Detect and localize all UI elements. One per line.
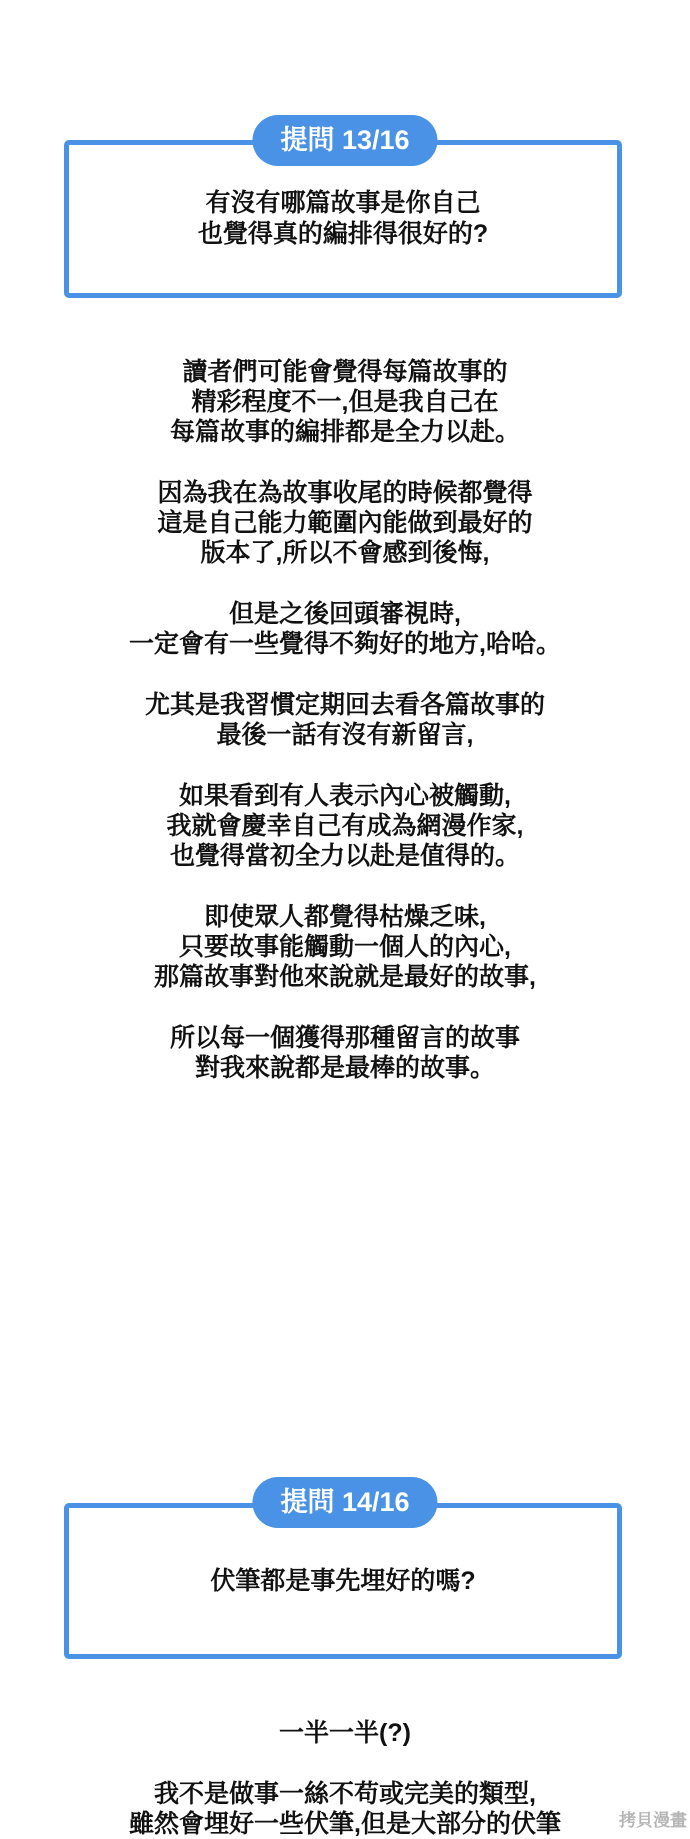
answer-line: 這是自己能力範圍內能做到最好的 <box>0 508 690 538</box>
answer-line: 也覺得當初全力以赴是值得的。 <box>0 841 690 871</box>
answer-line: 讀者們可能會覺得每篇故事的 <box>0 357 690 387</box>
answer-13-paragraph-5: 如果看到有人表示內心被觸動, 我就會慶幸自己有成為網漫作家, 也覺得當初全力以赴… <box>0 781 690 871</box>
answer-line: 最後一話有沒有新留言, <box>0 720 690 750</box>
answer-13-paragraph-6: 即使眾人都覺得枯燥乏味, 只要故事能觸動一個人的內心, 那篇故事對他來說就是最好… <box>0 902 690 992</box>
answer-line: 精彩程度不一,但是我自己在 <box>0 387 690 417</box>
site-watermark: 拷貝漫畫 <box>619 1812 687 1829</box>
answer-line: 只要故事能觸動一個人的內心, <box>0 932 690 962</box>
answer-13-paragraph-4: 尤其是我習慣定期回去看各篇故事的 最後一話有沒有新留言, <box>0 690 690 750</box>
answer-line: 我不是做事一絲不苟或完美的類型, <box>0 1779 690 1809</box>
answer-line: 一定會有一些覺得不夠好的地方,哈哈。 <box>0 629 690 659</box>
answer-line: 雖然會埋好一些伏筆,但是大部分的伏筆 <box>0 1809 690 1839</box>
answer-line: 因為我在為故事收尾的時候都覺得 <box>0 478 690 508</box>
question-14-badge: 提問 14/16 <box>252 1477 437 1528</box>
answer-line: 版本了,所以不會感到後悔, <box>0 538 690 568</box>
answer-13-paragraph-2: 因為我在為故事收尾的時候都覺得 這是自己能力範圍內能做到最好的 版本了,所以不會… <box>0 478 690 568</box>
answer-13-paragraph-1: 讀者們可能會覺得每篇故事的 精彩程度不一,但是我自己在 每篇故事的編排都是全力以… <box>0 357 690 447</box>
answer-line: 那篇故事對他來說就是最好的故事, <box>0 962 690 992</box>
answer-14-text: 一半一半(?) 我不是做事一絲不苟或完美的類型, 雖然會埋好一些伏筆,但是大部分… <box>0 1718 690 1839</box>
answer-line: 尤其是我習慣定期回去看各篇故事的 <box>0 690 690 720</box>
answer-line: 我就會慶幸自己有成為網漫作家, <box>0 811 690 841</box>
question-13-line-2: 也覺得真的編排得很好的? <box>198 219 488 250</box>
answer-line: 每篇故事的編排都是全力以赴。 <box>0 417 690 447</box>
question-13-badge: 提問 13/16 <box>252 115 437 166</box>
answer-line: 但是之後回頭審視時, <box>0 599 690 629</box>
answer-line: 對我來說都是最棒的故事。 <box>0 1053 690 1083</box>
answer-14-paragraph-2: 我不是做事一絲不苟或完美的類型, 雖然會埋好一些伏筆,但是大部分的伏筆 <box>0 1779 690 1839</box>
answer-line: 所以每一個獲得那種留言的故事 <box>0 1023 690 1053</box>
answer-14-paragraph-1: 一半一半(?) <box>0 1718 690 1748</box>
answer-line: 如果看到有人表示內心被觸動, <box>0 781 690 811</box>
answer-13-paragraph-3: 但是之後回頭審視時, 一定會有一些覺得不夠好的地方,哈哈。 <box>0 599 690 659</box>
question-14-line-1: 伏筆都是事先埋好的嗎? <box>210 1566 475 1597</box>
question-13-line-1: 有沒有哪篇故事是你自己 <box>205 188 480 219</box>
webtoon-qa-page: 提問 13/16 有沒有哪篇故事是你自己 也覺得真的編排得很好的? 讀者們可能會… <box>0 0 690 1839</box>
answer-13-text: 讀者們可能會覺得每篇故事的 精彩程度不一,但是我自己在 每篇故事的編排都是全力以… <box>0 357 690 1083</box>
answer-line: 即使眾人都覺得枯燥乏味, <box>0 902 690 932</box>
answer-13-paragraph-7: 所以每一個獲得那種留言的故事 對我來說都是最棒的故事。 <box>0 1023 690 1083</box>
answer-line: 一半一半(?) <box>0 1718 690 1748</box>
